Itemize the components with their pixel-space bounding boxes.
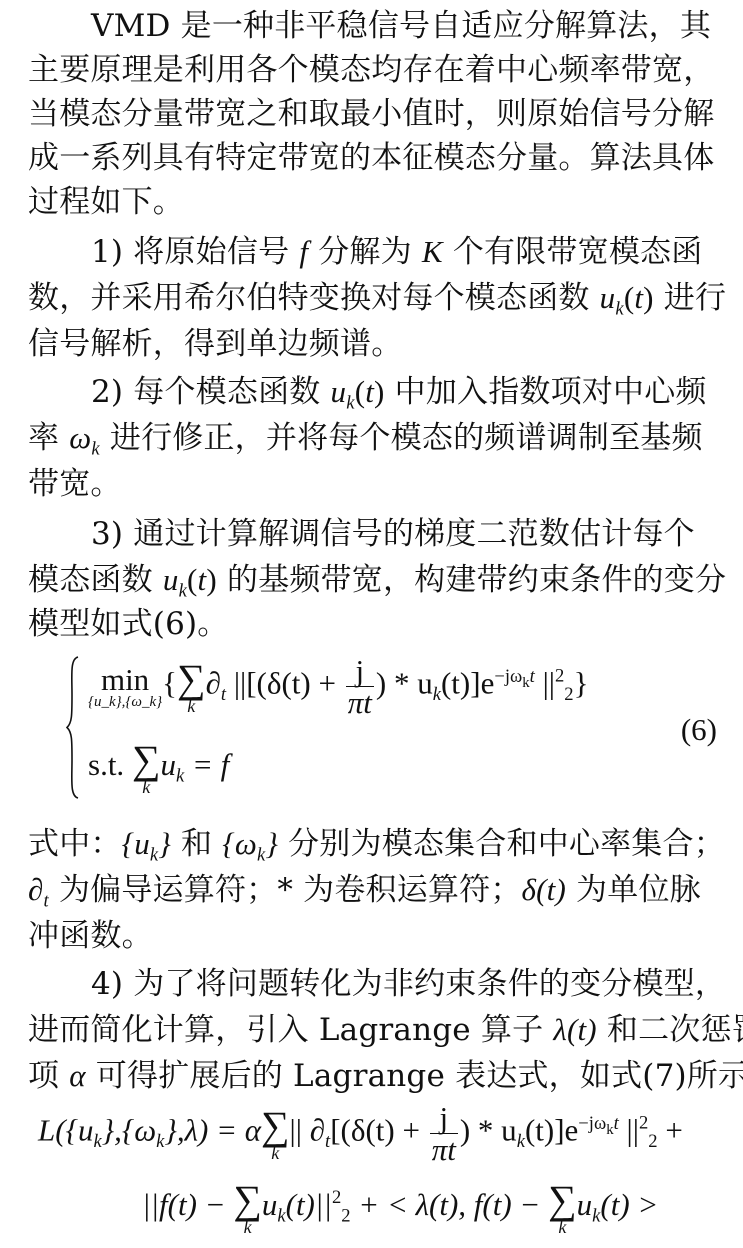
- text: 为偏导运算符；* 为卷积运算符；: [49, 872, 522, 908]
- sum-symbol: ∑k: [233, 1180, 262, 1236]
- sum-symbol: ∑k: [261, 1106, 290, 1162]
- sum-symbol: ∑k: [177, 659, 206, 715]
- equation-6-row-1: min{u_k},{ω_k}{∑k∂t ||[(δ(t) + jπt) * uk…: [88, 655, 588, 718]
- step3-line-3: 模型如式(6)。: [28, 606, 721, 642]
- step2-line-2: 率 ωk 进行修正，并将每个模态的频谱调制至基频: [28, 420, 721, 456]
- step1-line-3: 信号解析，得到单边频谱。: [28, 326, 721, 362]
- intro-line-5: 过程如下。: [28, 184, 721, 220]
- text: 和: [171, 826, 222, 862]
- symbol-uk-t: uk(t): [600, 280, 654, 315]
- fraction-j-over-pi-t: jπt: [430, 1102, 458, 1165]
- text: 项: [28, 1058, 69, 1094]
- symbol-uk-t: uk(t): [163, 562, 217, 597]
- symbol-K: K: [422, 234, 443, 269]
- text: 为单位脉: [566, 872, 701, 908]
- equation-7-row-2: ||f(t) − ∑kuk(t)||22 + < λ(t), f(t) − ∑k…: [142, 1180, 658, 1236]
- set-u-k: {uk}: [122, 826, 171, 861]
- text: 和二次惩罚: [597, 1012, 743, 1048]
- text: 分解为: [308, 234, 422, 270]
- equation-7-row-1: L({uk},{ωk},λ) = α∑k|| ∂t[(δ(t) + jπt) *…: [38, 1102, 683, 1165]
- step4-line-2: 进而简化计算，引入 Lagrange 算子 λ(t) 和二次惩罚: [28, 1012, 721, 1048]
- text: 数，并采用希尔伯特变换对每个模态函数: [28, 280, 600, 316]
- equation-number-6: (6): [681, 712, 717, 748]
- symbol-omega-k: ωk: [69, 420, 100, 455]
- intro-line-2: 主要原理是利用各个模态均存在着中心频率带宽，: [28, 52, 721, 88]
- text: 的基频带宽，构建带约束条件的变分: [217, 562, 726, 598]
- intro-line-3: 当模态分量带宽之和取最小值时，则原始信号分解: [28, 96, 721, 132]
- fraction-j-over-pi-t: jπt: [346, 655, 374, 718]
- text: 进而简化计算，引入 Lagrange 算子: [28, 1012, 553, 1048]
- partial-t: ∂t: [28, 872, 49, 907]
- text: 进行修正，并将每个模态的频谱调制至基频: [100, 420, 703, 456]
- step2-line-1: 2) 每个模态函数 uk(t) 中加入指数项对中心频: [91, 374, 721, 410]
- step1-line-2: 数，并采用希尔伯特变换对每个模态函数 uk(t) 进行: [28, 280, 721, 316]
- where-line-3: 冲函数。: [28, 918, 721, 954]
- paper-page: VMD 是一种非平稳信号自适应分解算法，其 主要原理是利用各个模态均存在着中心频…: [0, 0, 743, 1248]
- sum-symbol: ∑k: [132, 740, 161, 796]
- set-omega-k: {ωk}: [222, 826, 278, 861]
- step1-line-1: 1) 将原始信号 f 分解为 K 个有限带宽模态函: [91, 234, 721, 270]
- symbol-uk-t: uk(t): [331, 374, 385, 409]
- symbol-f: f: [299, 234, 308, 269]
- where-line-1: 式中：{uk} 和 {ωk} 分别为模态集合和中心率集合；: [28, 826, 721, 862]
- text: 分别为模态集合和中心率集合；: [278, 826, 725, 862]
- min-operator: min{u_k},{ω_k}: [88, 664, 162, 710]
- step2-line-3: 带宽。: [28, 466, 721, 502]
- alpha: α: [69, 1058, 85, 1093]
- intro-line-4: 成一系列具有特定带宽的本征模态分量。算法具体: [28, 140, 721, 176]
- delta-t: δ(t): [522, 872, 566, 907]
- text: 可得扩展后的 Lagrange 表达式，如式(7)所示。: [86, 1058, 743, 1094]
- text: 式中：: [28, 826, 122, 862]
- equation-6-row-2: s.t. ∑kuk = f: [88, 740, 229, 796]
- lambda-t: λ(t): [553, 1012, 597, 1047]
- step4-line-1: 4) 为了将问题转化为非约束条件的变分模型，: [91, 966, 721, 1002]
- text: 个有限带宽模态函: [443, 234, 703, 270]
- text: 率: [28, 420, 69, 456]
- text: 中加入指数项对中心频: [385, 374, 707, 410]
- text: 进行: [654, 280, 726, 316]
- step3-line-2: 模态函数 uk(t) 的基频带宽，构建带约束条件的变分: [28, 562, 721, 598]
- text: 模态函数: [28, 562, 163, 598]
- intro-line-1: VMD 是一种非平稳信号自适应分解算法，其: [91, 8, 721, 44]
- sum-symbol: ∑k: [548, 1180, 577, 1236]
- text: 1) 将原始信号: [91, 234, 299, 270]
- step3-line-1: 3) 通过计算解调信号的梯度二范数估计每个: [91, 516, 721, 552]
- where-line-2: ∂t 为偏导运算符；* 为卷积运算符；δ(t) 为单位脉: [28, 872, 721, 908]
- text: 2) 每个模态函数: [91, 374, 331, 410]
- step4-line-3: 项 α 可得扩展后的 Lagrange 表达式，如式(7)所示。: [28, 1058, 721, 1094]
- left-brace: [66, 655, 80, 800]
